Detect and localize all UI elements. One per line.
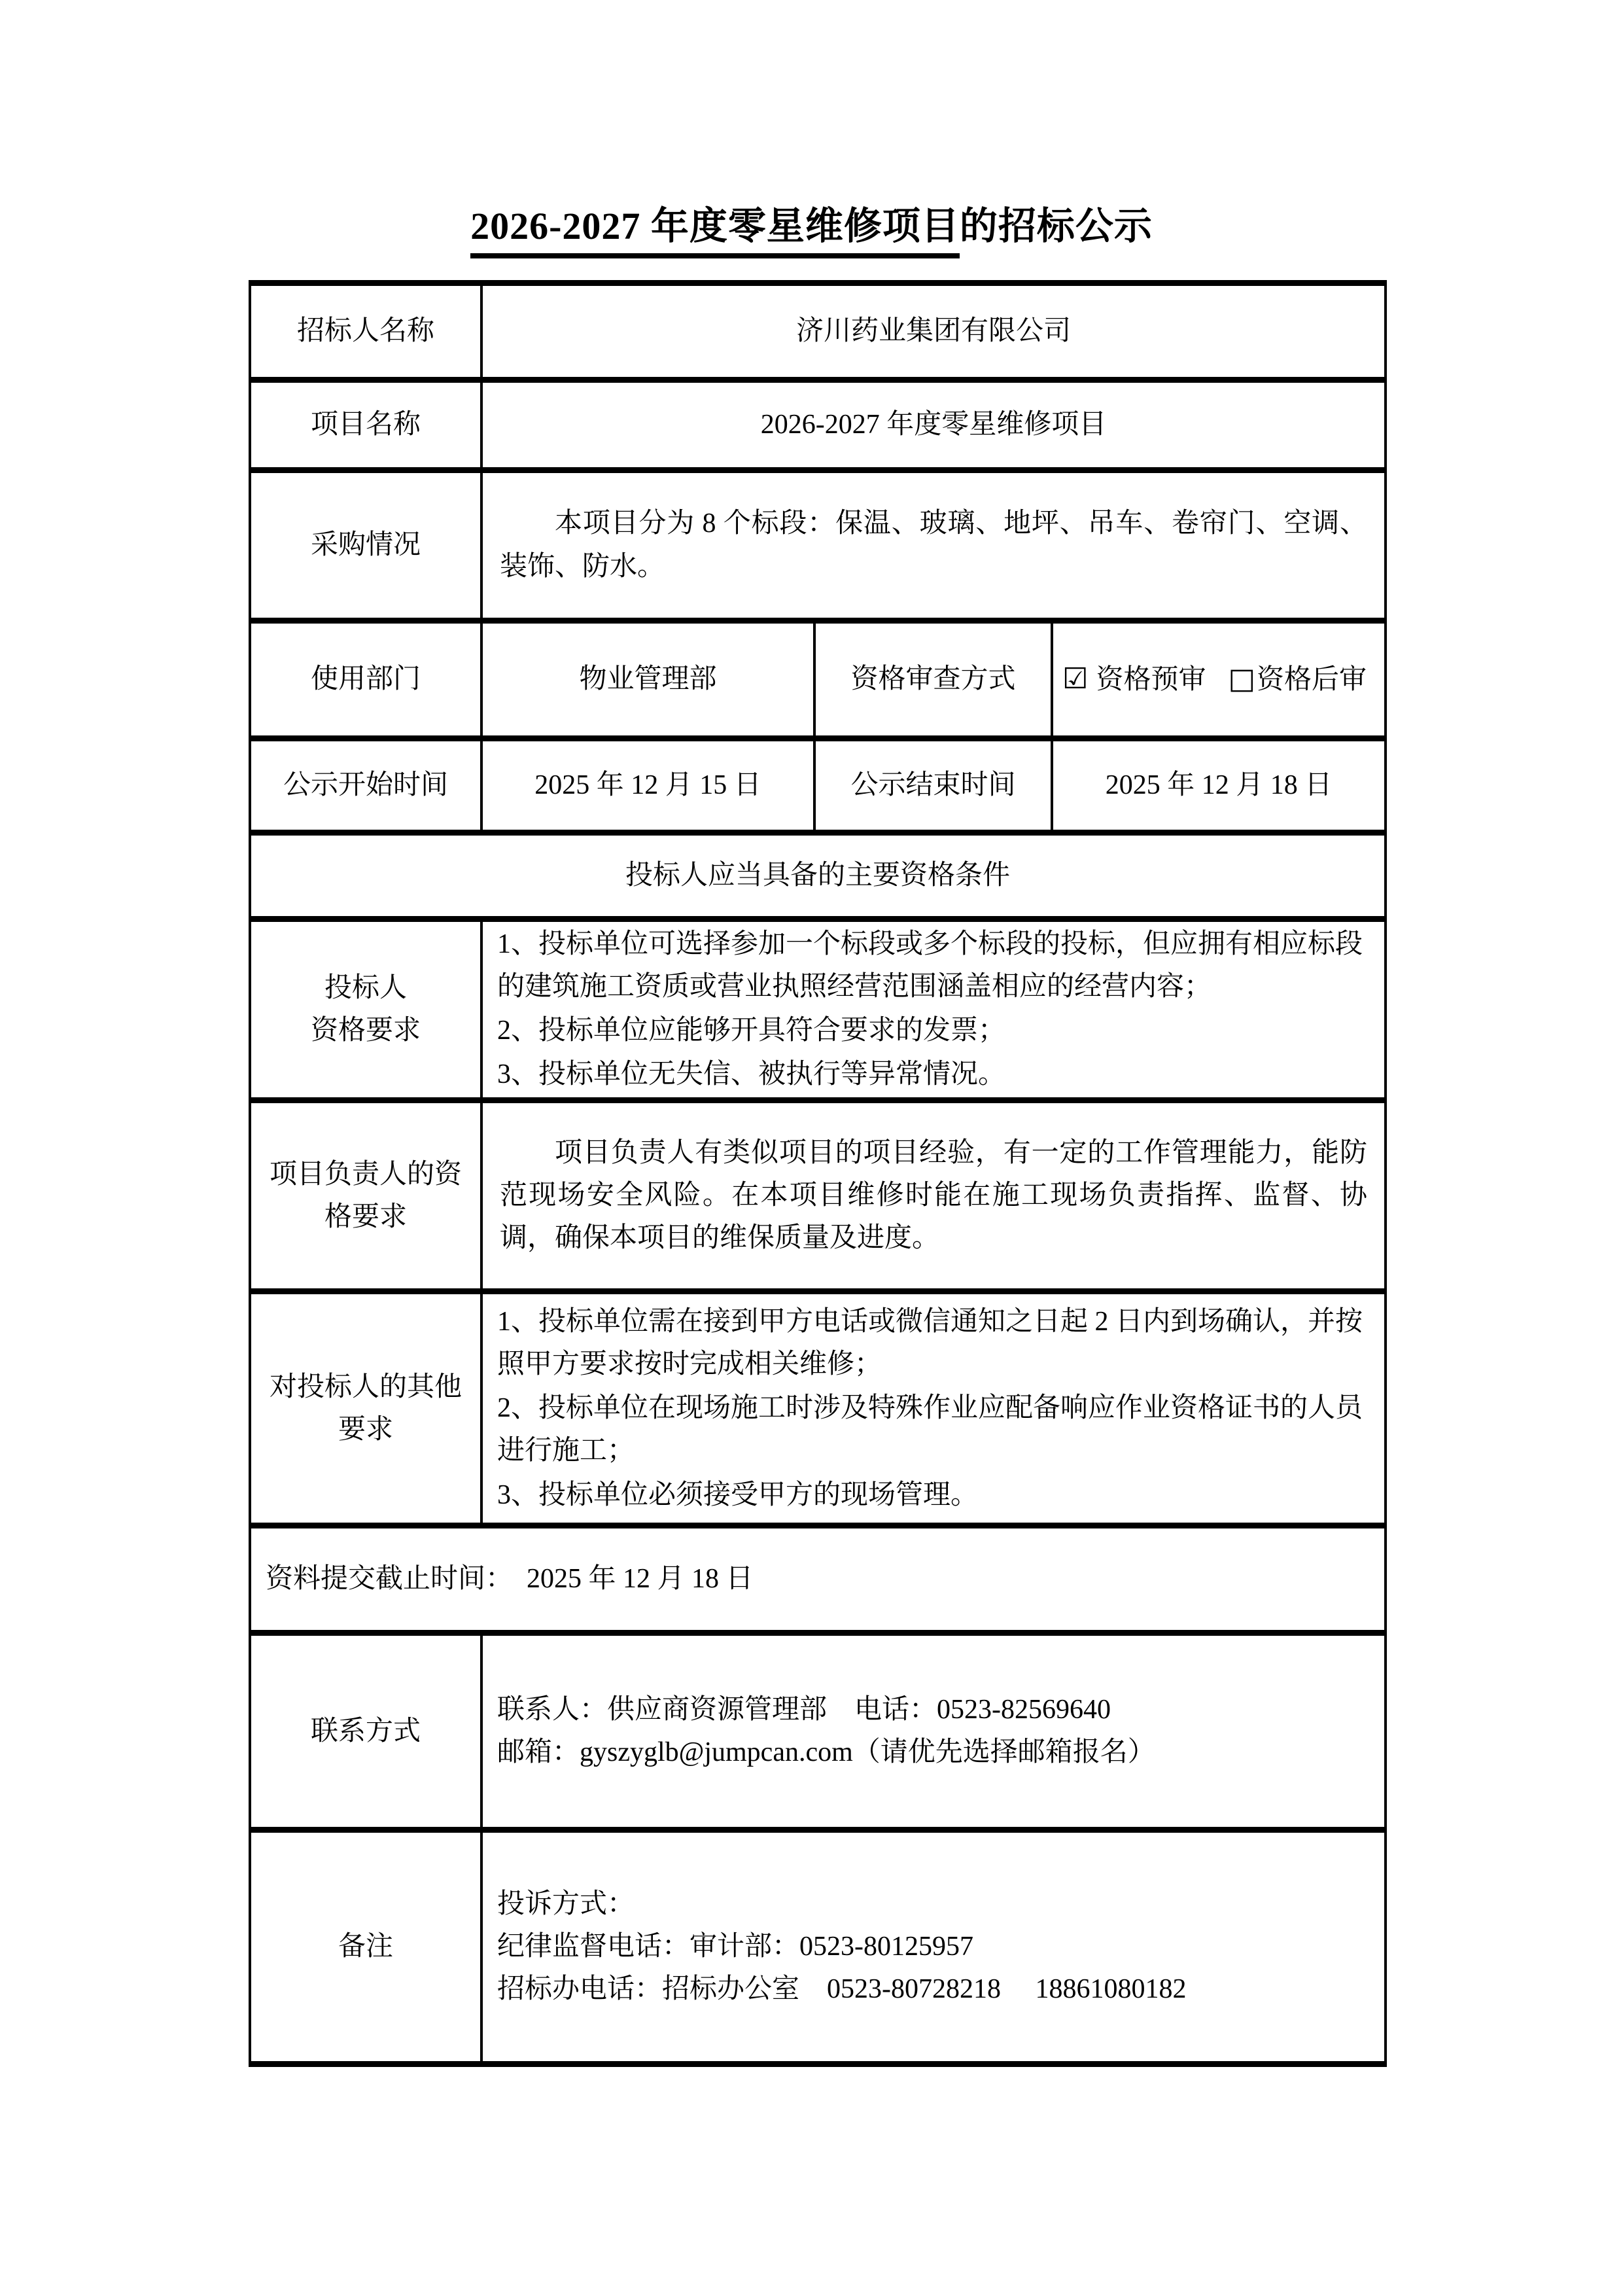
- bidder-qualification-label: 投标人 资格要求: [250, 919, 481, 1101]
- postqualification-option-label: 资格后审: [1257, 665, 1367, 695]
- bidder-qualification-item-2: 2、投标单位应能够开具符合要求的发票；: [497, 1010, 1370, 1052]
- other-requirements-item-3: 3、投标单位必须接受甲方的现场管理。: [497, 1474, 1370, 1517]
- contact-info: 联系人：供应商资源管理部 电话：0523-82569640 邮箱：gyszygl…: [481, 1633, 1386, 1830]
- row-procurement: 采购情况 本项目分为 8 个标段：保温、玻璃、地坪、吊车、卷帘门、空调、装饰、防…: [250, 470, 1386, 621]
- prequalification-option-label: 资格预审: [1096, 665, 1206, 695]
- procurement-value: 本项目分为 8 个标段：保温、玻璃、地坪、吊车、卷帘门、空调、装饰、防水。: [481, 470, 1386, 621]
- bidder-name-label: 招标人名称: [250, 283, 481, 380]
- submission-deadline-text: 资料提交截止时间： 2025 年 12 月 18 日: [250, 1526, 1386, 1633]
- publicity-end-label: 公示结束时间: [814, 739, 1052, 833]
- other-requirements-items: 1、投标单位需在接到甲方电话或微信通知之日起 2 日内到场确认，并按照甲方要求按…: [481, 1292, 1386, 1526]
- qualification-header: 投标人应当具备的主要资格条件: [250, 833, 1386, 919]
- qualification-review-options: ☑资格预审□资格后审: [1052, 621, 1386, 739]
- contact-person-phone: 联系人：供应商资源管理部 电话：0523-82569640: [497, 1689, 1370, 1731]
- title-rest-text: 的招标公示: [960, 205, 1153, 247]
- page-title: 2026-2027 年度零星维修项目的招标公示: [0, 203, 1623, 251]
- qualification-review-label: 资格审查方式: [814, 621, 1052, 739]
- row-qualification-header: 投标人应当具备的主要资格条件: [250, 833, 1386, 919]
- project-leader-paragraph: 项目负责人有类似项目的项目经验，有一定的工作管理能力，能防范现场安全风险。在本项…: [500, 1132, 1367, 1260]
- procurement-paragraph: 本项目分为 8 个标段：保温、玻璃、地坪、吊车、卷帘门、空调、装饰、防水。: [500, 503, 1367, 588]
- row-other-requirements: 对投标人的其他 要求 1、投标单位需在接到甲方电话或微信通知之日起 2 日内到场…: [250, 1292, 1386, 1526]
- bidder-qualification-items: 1、投标单位可选择参加一个标段或多个标段的投标，但应拥有相应标段的建筑施工资质或…: [481, 919, 1386, 1101]
- project-name-value: 2026-2027 年度零星维修项目: [481, 380, 1386, 470]
- row-project-leader: 项目负责人的资 格要求 项目负责人有类似项目的项目经验，有一定的工作管理能力，能…: [250, 1101, 1386, 1292]
- row-remarks: 备注 投诉方式： 纪律监督电话：审计部：0523-80125957 招标办电话：…: [250, 1830, 1386, 2064]
- row-project-name: 项目名称 2026-2027 年度零星维修项目: [250, 380, 1386, 470]
- row-bidder-qualification: 投标人 资格要求 1、投标单位可选择参加一个标段或多个标段的投标，但应拥有相应标…: [250, 919, 1386, 1101]
- other-requirements-label: 对投标人的其他 要求: [250, 1292, 481, 1526]
- bidder-name-value: 济川药业集团有限公司: [481, 283, 1386, 380]
- complaint-method-line: 投诉方式：: [497, 1883, 1370, 1926]
- row-using-department: 使用部门 物业管理部 资格审查方式 ☑资格预审□资格后审: [250, 621, 1386, 739]
- remarks-label: 备注: [250, 1830, 481, 2064]
- row-bidder-name: 招标人名称 济川药业集团有限公司: [250, 283, 1386, 380]
- procurement-label: 采购情况: [250, 470, 481, 621]
- project-leader-requirements: 项目负责人有类似项目的项目经验，有一定的工作管理能力，能防范现场安全风险。在本项…: [481, 1101, 1386, 1292]
- bidder-qualification-item-1: 1、投标单位可选择参加一个标段或多个标段的投标，但应拥有相应标段的建筑施工资质或…: [497, 923, 1370, 1008]
- tender-announcement-table: 招标人名称 济川药业集团有限公司 项目名称 2026-2027 年度零星维修项目…: [249, 280, 1387, 2067]
- submission-deadline-value: 资料提交截止时间： 2025 年 12 月 18 日: [266, 1564, 754, 1594]
- other-requirements-item-1: 1、投标单位需在接到甲方电话或微信通知之日起 2 日内到场确认，并按照甲方要求按…: [497, 1301, 1370, 1386]
- using-department-value: 物业管理部: [481, 621, 814, 739]
- publicity-start-label: 公示开始时间: [250, 739, 481, 833]
- discipline-supervision-phone-line: 纪律监督电话：审计部：0523-80125957: [497, 1926, 1370, 1968]
- unchecked-checkbox-icon: □: [1228, 657, 1255, 701]
- row-publicity-time: 公示开始时间 2025 年 12 月 15 日 公示结束时间 2025 年 12…: [250, 739, 1386, 833]
- tender-office-phone-line: 招标办电话：招标办公室 0523-80728218 18861080182: [497, 1968, 1370, 2011]
- remarks-content: 投诉方式： 纪律监督电话：审计部：0523-80125957 招标办电话：招标办…: [481, 1830, 1386, 2064]
- publicity-start-value: 2025 年 12 月 15 日: [481, 739, 814, 833]
- other-requirements-item-2: 2、投标单位在现场施工时涉及特殊作业应配备响应作业资格证书的人员进行施工；: [497, 1387, 1370, 1472]
- project-leader-label: 项目负责人的资 格要求: [250, 1101, 481, 1292]
- contact-label: 联系方式: [250, 1633, 481, 1830]
- bidder-qualification-item-3: 3、投标单位无失信、被执行等异常情况。: [497, 1053, 1370, 1096]
- checked-checkbox-icon: ☑: [1062, 657, 1088, 701]
- row-contact: 联系方式 联系人：供应商资源管理部 电话：0523-82569640 邮箱：gy…: [250, 1633, 1386, 1830]
- publicity-end-value: 2025 年 12 月 18 日: [1052, 739, 1386, 833]
- using-department-label: 使用部门: [250, 621, 481, 739]
- project-name-label: 项目名称: [250, 380, 481, 470]
- title-underlined-text: 2026-2027 年度零星维修项目: [470, 205, 960, 258]
- contact-email: 邮箱：gyszyglb@jumpcan.com（请优先选择邮箱报名）: [497, 1731, 1370, 1774]
- document-page: 2026-2027 年度零星维修项目的招标公示 招标人名称 济川药业集团有限公司…: [0, 0, 1623, 2296]
- row-submission-deadline: 资料提交截止时间： 2025 年 12 月 18 日: [250, 1526, 1386, 1633]
